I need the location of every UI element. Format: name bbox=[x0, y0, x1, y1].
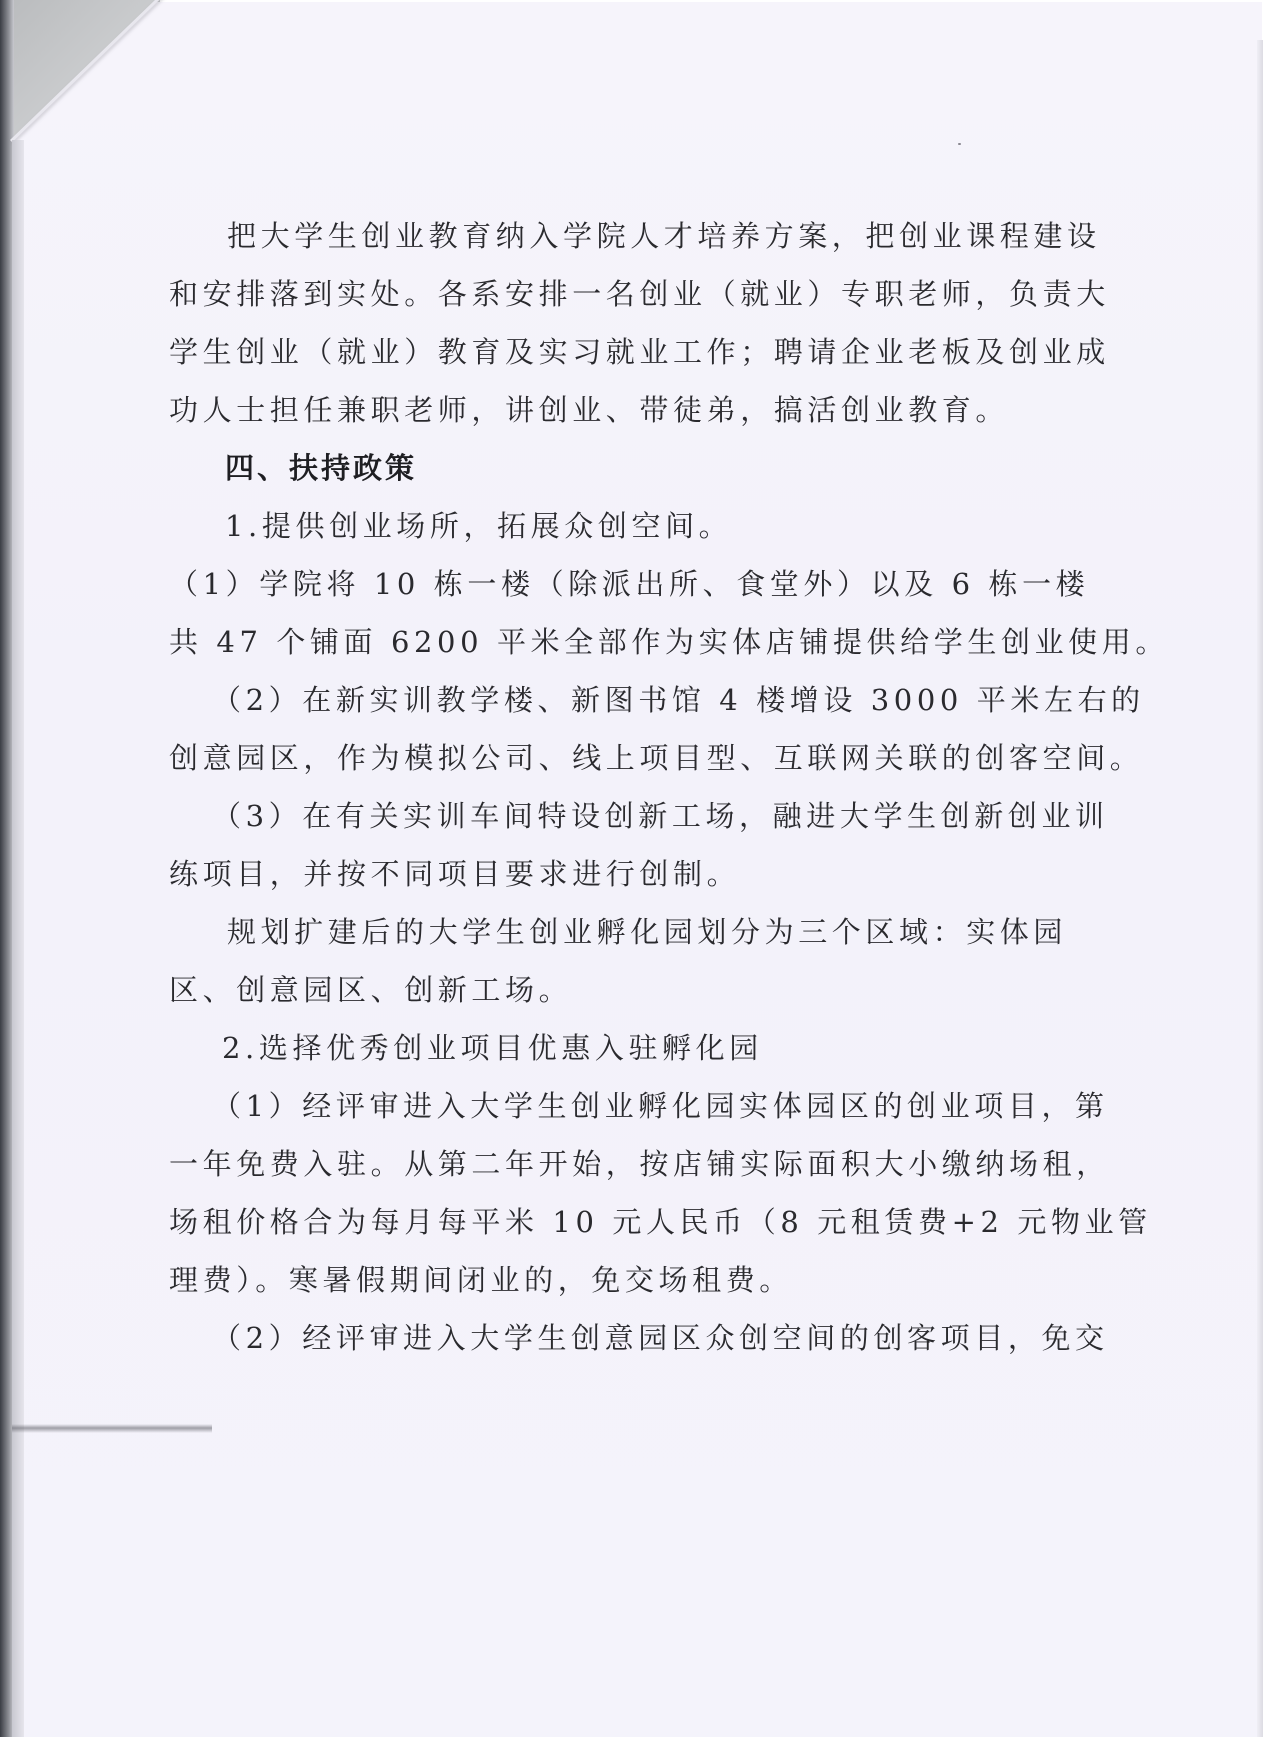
list-item-line: （1）经评审进入大学生创业孵化园实体园区的创业项目，第 bbox=[212, 1086, 1109, 1126]
list-item-line: （1）学院将 10 栋一楼（除派出所、食堂外）以及 6 栋一楼 bbox=[169, 564, 1089, 604]
list-item-line: （3）在有关实训车间特设创新工场，融进大学生创新创业训 bbox=[212, 796, 1109, 836]
list-item-line: 一年免费入驻。从第二年开始，按店铺实际面积大小缴纳场租， bbox=[169, 1144, 1110, 1184]
list-item-line: （2）经评审进入大学生创意园区众创空间的创客项目，免交 bbox=[212, 1318, 1109, 1358]
subsection-title: 1.提供创业场所，拓展众创空间。 bbox=[225, 506, 732, 546]
section-heading: 四、扶持政策 bbox=[225, 448, 417, 488]
scanned-document-page: 把大学生创业教育纳入学院人才培养方案，把创业课程建设 和安排落到实处。各系安排一… bbox=[0, 0, 1269, 1760]
list-item-line: （2）在新实训教学楼、新图书馆 4 楼增设 3000 平米左右的 bbox=[212, 680, 1145, 720]
paper-sheet: 把大学生创业教育纳入学院人才培养方案，把创业课程建设 和安排落到实处。各系安排一… bbox=[12, 2, 1262, 1737]
dust-speck bbox=[958, 143, 961, 145]
text-line: 学生创业（就业）教育及实习就业工作；聘请企业老板及创业成 bbox=[169, 332, 1110, 372]
scan-bottom-margin bbox=[0, 1737, 1269, 1760]
text-line: 把大学生创业教育纳入学院人才培养方案，把创业课程建设 bbox=[227, 216, 1101, 256]
list-item-line: 共 47 个铺面 6200 平米全部作为实体店铺提供给学生创业使用。 bbox=[169, 622, 1169, 662]
summary-line: 规划扩建后的大学生创业孵化园划分为三个区域：实体园 bbox=[227, 912, 1067, 952]
page-right-shadow bbox=[1257, 40, 1263, 1737]
scan-crease bbox=[12, 1424, 212, 1433]
text-line: 和安排落到实处。各系安排一名创业（就业）专职老师，负责大 bbox=[169, 274, 1110, 314]
list-item-line: 创意园区，作为模拟公司、线上项目型、互联网关联的创客空间。 bbox=[169, 738, 1143, 778]
list-item-line: 练项目，并按不同项目要求进行创制。 bbox=[169, 854, 740, 894]
text-line: 功人士担任兼职老师，讲创业、带徒弟，搞活创业教育。 bbox=[169, 390, 1009, 430]
list-item-line: 场租价格合为每月每平米 10 元人民币（8 元租赁费+2 元物业管 bbox=[169, 1202, 1152, 1242]
page-left-shadow bbox=[12, 140, 24, 1737]
subsection-title: 2.选择优秀创业项目优惠入驻孵化园 bbox=[222, 1028, 763, 1068]
list-item-line: 理费）。寒暑假期间闭业的，免交场租费。 bbox=[169, 1260, 793, 1300]
summary-line: 区、创意园区、创新工场。 bbox=[169, 970, 572, 1010]
